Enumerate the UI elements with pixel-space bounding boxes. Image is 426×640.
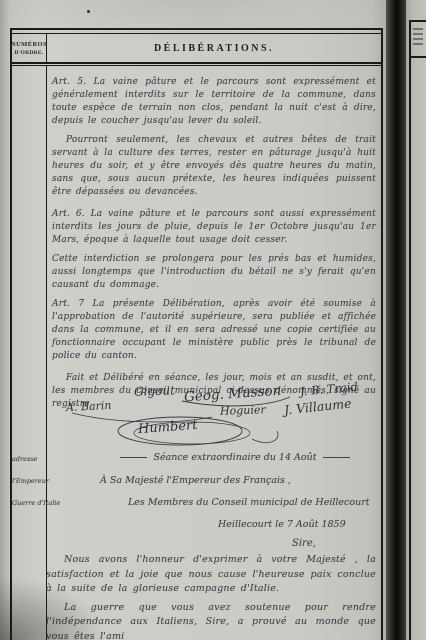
letter-salutation: Sire, [292,538,316,549]
letter-from: Les Membres du Conseil municipal de Heil… [128,497,370,508]
table-header-row: NUMÉROS D'ORDRE. DÉLIBÉRATIONS. [12,34,381,62]
signature-block: Gigout Geog. Musson J. B. Traid A. Barin… [52,383,376,455]
margin-notes: adresse l'Empereur Guerre d'Italie [12,454,48,508]
signature-musson: Geog. Musson [184,383,282,406]
register-page: NUMÉROS D'ORDRE. DÉLIBÉRATIONS. Art. 5. … [0,0,386,640]
next-page-frame-hline-top [409,20,426,22]
next-page-frame-hline-header [409,56,426,58]
numeros-column-header: NUMÉROS D'ORDRE. [12,34,47,62]
letter-dateline: Heillecourt le 7 Août 1859 [218,519,346,530]
ink-dot [87,10,90,13]
ordre-label: D'ORDRE. [14,50,43,56]
signature-humbert: Humbert [138,418,198,437]
session-heading: Séance extraordinaire du 14 Août [120,452,350,463]
numeros-label: NUMÉROS [11,41,47,48]
next-page-edge [406,0,426,640]
letter-addressee: À Sa Majesté l'Empereur des Français , [100,475,291,486]
signature-hoguier: Hoguier [220,403,266,418]
margin-note-adresse: adresse [12,454,48,464]
signature-villaume: J. Villaume [283,396,352,418]
header-bottom-rule [10,62,383,64]
next-page-frame-vline [409,20,411,640]
paragraph-pourront: Pourront seulement, les chevaux et autre… [52,134,376,199]
session-heading-text: Séance extraordinaire du 14 Août [153,452,316,463]
heading-dash-left [120,457,147,458]
signature-gigout: Gigout [134,383,175,398]
letter-paragraph-1: Nous avons l'honneur d'exprimer à votre … [46,553,376,597]
deliberation-text: Art. 5. La vaine pâture et le parcours s… [52,76,376,417]
heading-dash-right [323,457,350,458]
book-gutter [386,0,406,640]
header-bottom-rule-2 [10,65,383,66]
next-page-header-fragment [413,28,423,48]
signature-barin: A. Barin [66,399,112,414]
paragraph-art5: Art. 5. La vaine pâture et le parcours s… [52,76,376,128]
deliberations-header: DÉLIBÉRATIONS. [47,34,381,62]
paragraph-art6: Art. 6. La vaine pâture et le parcours s… [52,208,376,247]
register-photo: NUMÉROS D'ORDRE. DÉLIBÉRATIONS. Art. 5. … [0,0,426,640]
margin-note-guerre-italie: Guerre d'Italie [12,498,48,508]
letter-body: Nous avons l'honneur d'exprimer à votre … [46,553,376,640]
margin-note-empereur: l'Empereur [12,476,48,486]
letter-paragraph-2: La guerre que vous avez soutenue pour re… [46,601,376,640]
paragraph-art7: Art. 7 La présente Délibération, après a… [52,298,376,363]
paragraph-interdiction: Cette interdiction se prolongera pour le… [52,253,376,292]
